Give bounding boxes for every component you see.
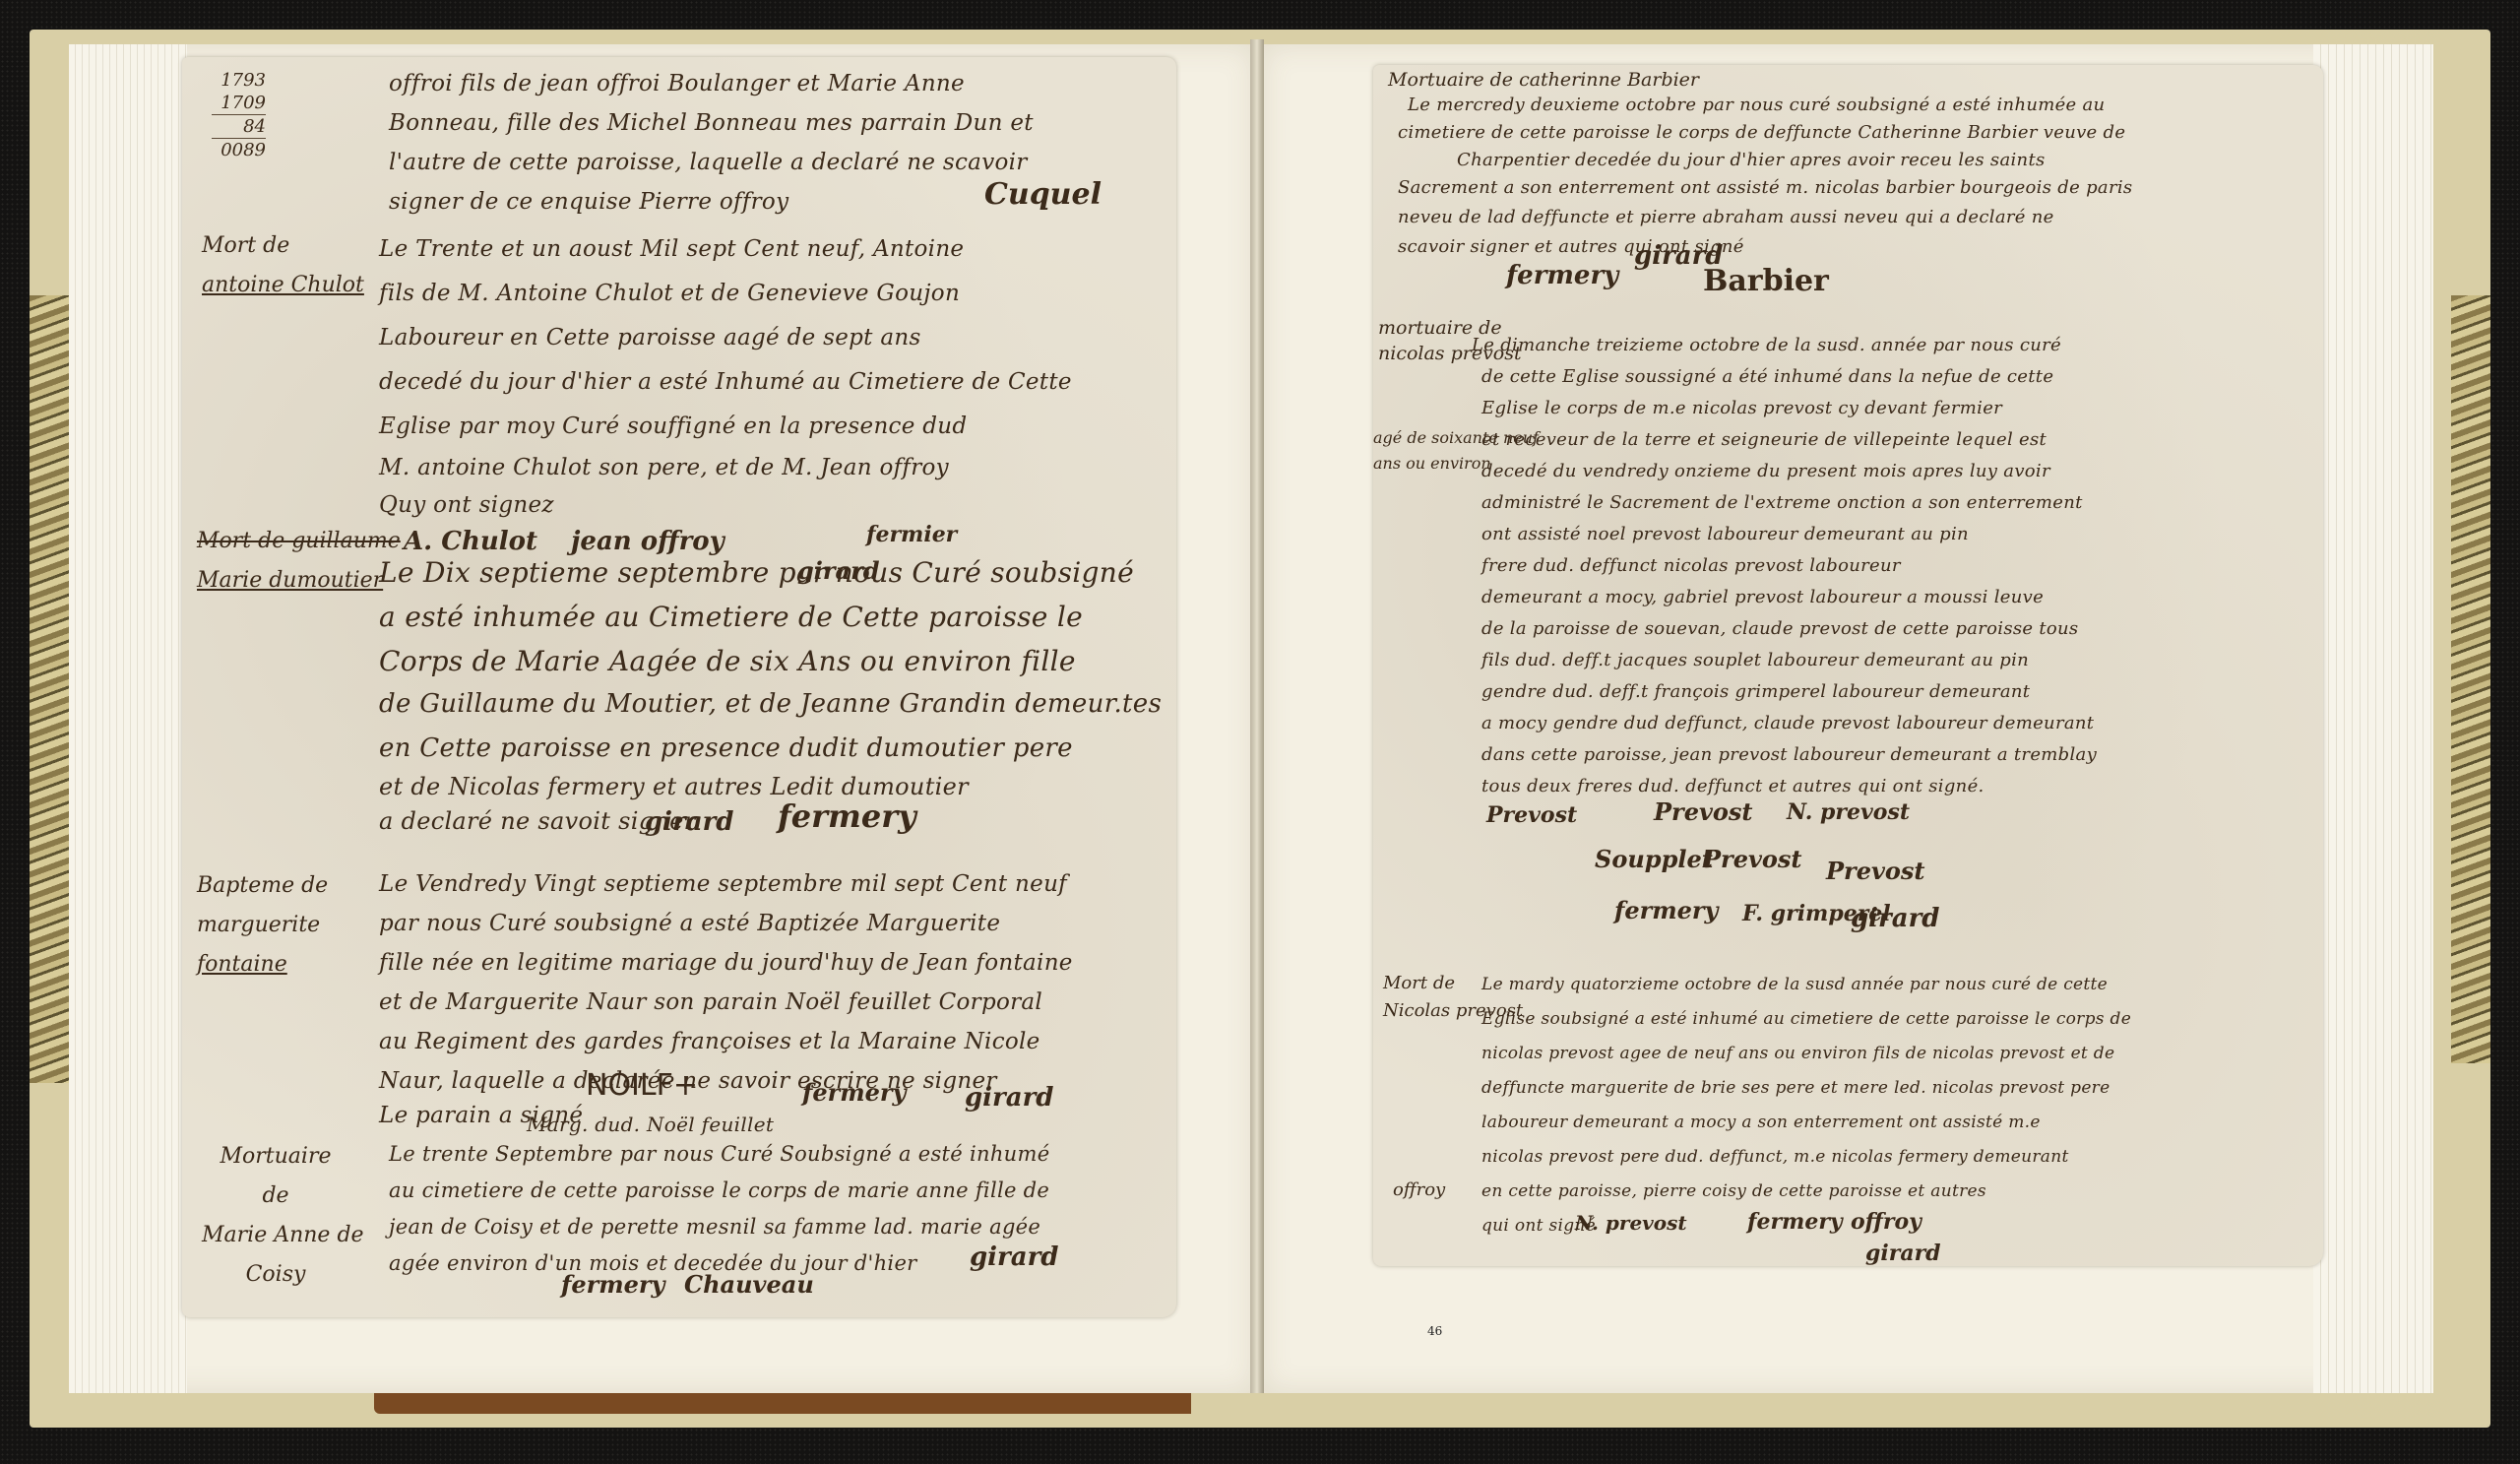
tally-calculation: 1793 1709 84 0089 — [212, 69, 266, 161]
margin-note-death-marie-dumoutier: Mort de guillaume Marie dumoutier — [197, 522, 401, 601]
margin-note-baptism-marguerite-fontaine: Bapteme de marguerite fontaine — [197, 866, 328, 985]
page-number: 46 — [1427, 1324, 1442, 1338]
page-edges-left — [69, 44, 187, 1393]
leather-spine — [374, 1390, 1191, 1414]
book-gutter — [1250, 39, 1264, 1393]
marbled-endpaper-left — [30, 295, 69, 1083]
entry-heading-catherine-barbier: Mortuaire de catherinne Barbier — [1388, 69, 1699, 91]
margin-note-death-antoine-chulot: Mort de antoine Chulot — [202, 226, 364, 305]
marbled-endpaper-right — [2451, 295, 2490, 1063]
page-edges-right — [2313, 44, 2433, 1393]
margin-note-mortuary-marie-anne-coisy: Mortuaire de Marie Anne de Coisy — [202, 1137, 349, 1295]
